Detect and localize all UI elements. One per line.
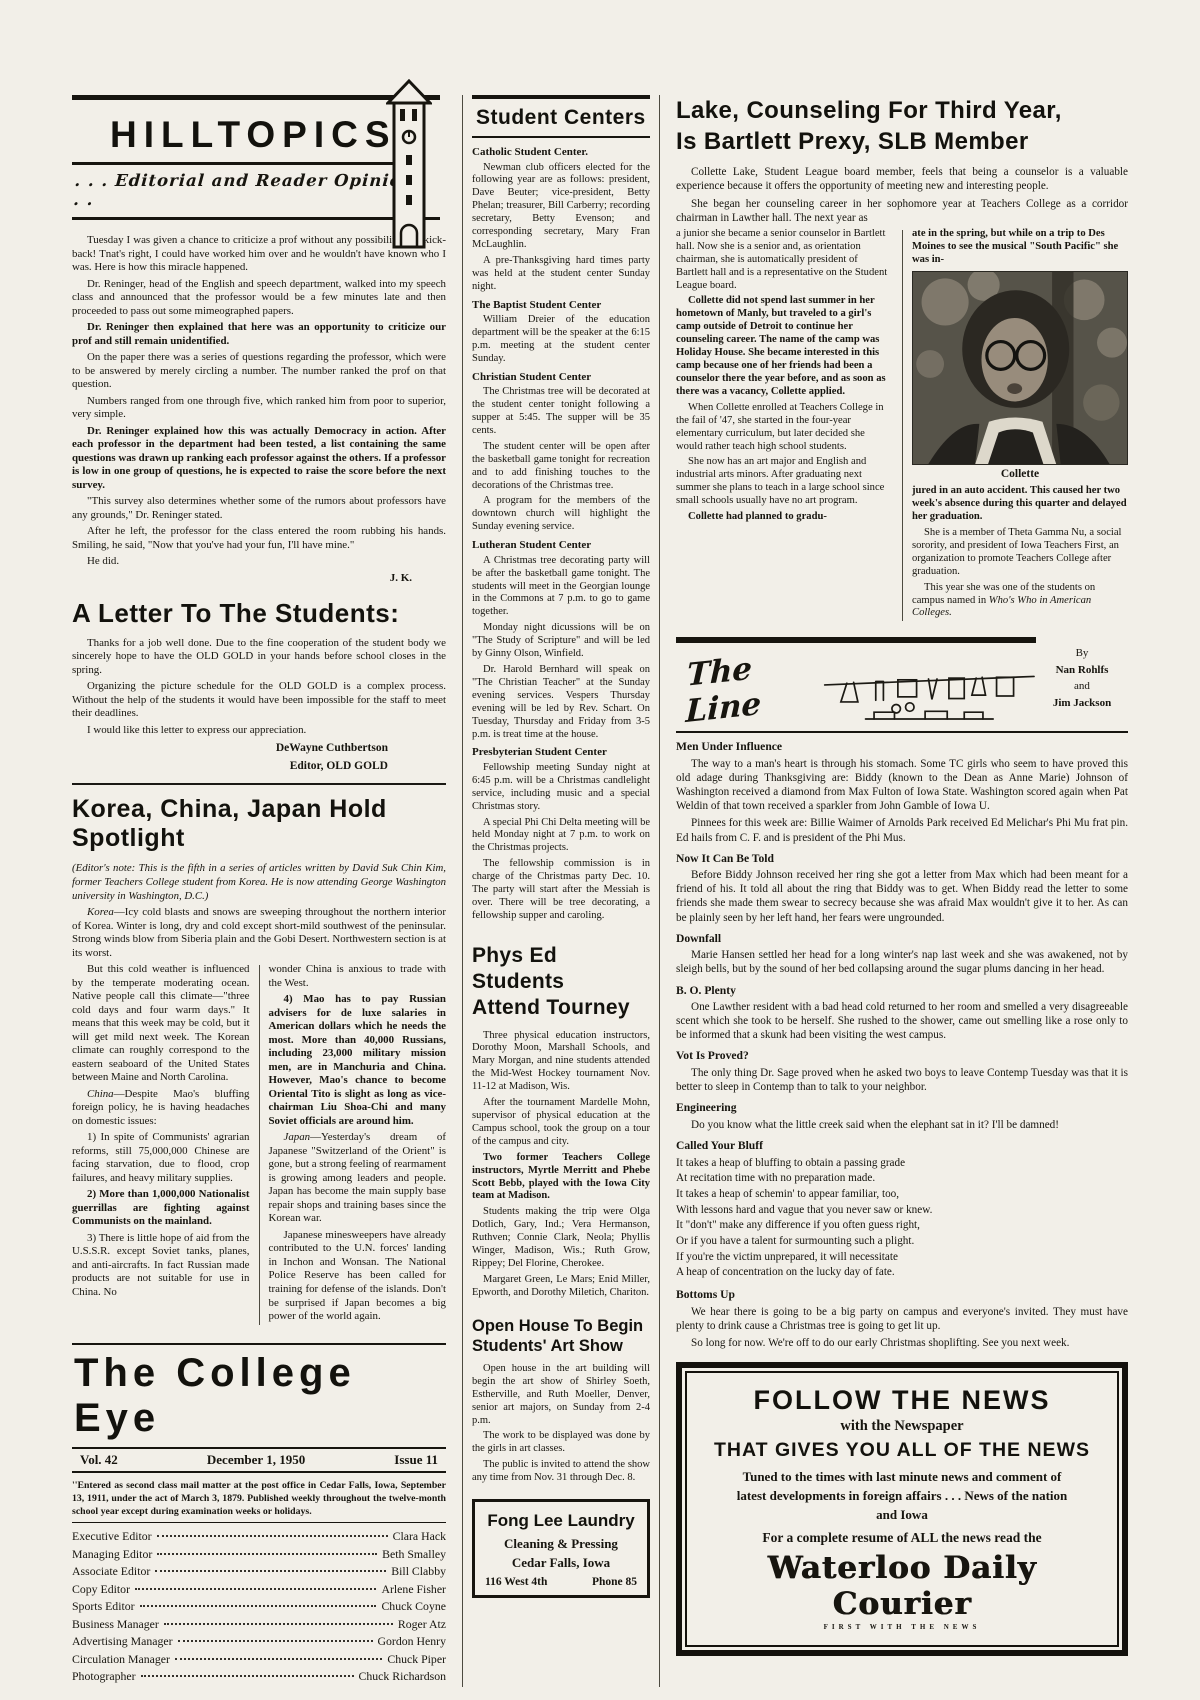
korea-headline: Korea, China, Japan Hold Spotlight (72, 795, 446, 853)
line-section-head: Bottoms Up (676, 1288, 1128, 1303)
volume-label: Vol. 42 (80, 1452, 118, 1468)
line-paragraph: The only thing Dr. Sage proved when he a… (676, 1066, 1128, 1094)
line-paragraph: We hear there is going to be a big party… (676, 1305, 1128, 1333)
line-section-head: Men Under Influence (676, 740, 1128, 755)
phys-ed-article: Three physical education instructors, Do… (472, 1030, 650, 1300)
letter-paragraph: Thanks for a job well done. Due to the f… (72, 637, 446, 678)
dotted-leader (135, 1588, 376, 1590)
section-head: Catholic Student Center. (472, 146, 650, 160)
rule (72, 1343, 446, 1345)
dotted-leader (157, 1535, 388, 1537)
staff-row: Managing EditorBeth Smalley (72, 1547, 446, 1562)
fong-lee-laundry-ad: Fong Lee Laundry Cleaning & Pressing Ced… (472, 1499, 650, 1598)
korea-paragraph: 2) More than 1,000,000 Nationalist guerr… (72, 1188, 250, 1229)
staff-name: Bill Clabby (391, 1564, 446, 1579)
korea-intro-text: —Icy cold blasts and snows are sweeping … (72, 906, 446, 959)
staff-role: Advertising Manager (72, 1634, 173, 1649)
staff-name: Arlene Fisher (381, 1582, 446, 1597)
korea-paragraph: But this cold weather is influenced by t… (72, 963, 250, 1085)
staff-name: Gordon Henry (378, 1634, 446, 1649)
the-line-title: The Line (685, 644, 816, 730)
korea-paragraph: 1) In spite of Communists' agrarian refo… (72, 1131, 250, 1185)
college-eye-masthead: The College Eye Vol. 42 December 1, 1950… (72, 1343, 446, 1685)
dotted-leader (140, 1605, 377, 1607)
ad-phone: Phone 85 (592, 1576, 637, 1588)
lake-headline-line2: Is Bartlett Prexy, SLB Member (676, 126, 1128, 157)
left-column: HILLTOPICS . . . Editorial and Reader Op… (72, 95, 446, 1687)
line-section-head: Engineering (676, 1101, 1128, 1116)
byline-author: Nan Rohlfs (1036, 662, 1128, 679)
student-centers-article: Catholic Student Center. Newman club off… (472, 146, 650, 923)
editorial-paragraph: After he left, the professor for the cla… (72, 525, 446, 552)
poem-line: It takes a heap of bluffing to obtain a … (676, 1156, 1128, 1172)
rule (72, 783, 446, 785)
lake-headline: Lake, Counseling For Third Year, Is Bart… (676, 95, 1128, 157)
open-house-paragraph: The work to be displayed was done by the… (472, 1430, 650, 1456)
editorial-paragraph: He did. (72, 555, 446, 569)
korea-intro: Korea—Icy cold blasts and snows are swee… (72, 906, 446, 960)
korea-paragraph: 4) Mao has to pay Russian advisers for d… (269, 993, 447, 1128)
dotted-leader (141, 1675, 354, 1677)
section-paragraph: Fellowship meeting Sunday night at 6:45 … (472, 762, 650, 814)
line-section-head: Called Your Bluff (676, 1139, 1128, 1154)
japan-lead-word: Japan (284, 1131, 311, 1143)
issue-date: December 1, 1950 (207, 1452, 305, 1468)
letter-article: Thanks for a job well done. Due to the f… (72, 637, 446, 738)
clothesline-cartoon-icon (823, 667, 1036, 725)
line-paragraph: So long for now. We're off to do our ear… (676, 1336, 1128, 1350)
line-section-head: Vot Is Proved? (676, 1049, 1128, 1064)
editorial-article: Tuesday I was given a chance to criticiz… (72, 234, 446, 569)
line-paragraph: Before Biddy Johnson received her ring s… (676, 868, 1128, 924)
lake-paragraph: Collette did not spend last summer in he… (676, 295, 892, 398)
section-paragraph: A program for the members of the downtow… (472, 495, 650, 534)
tagline-dots: . . . (74, 171, 109, 190)
section-head: Lutheran Student Center (472, 539, 650, 553)
rule (472, 136, 650, 138)
staff-row: PhotographerChuck Richardson (72, 1669, 446, 1684)
poem-line: It takes a heap of schemin' to appear fa… (676, 1187, 1128, 1203)
lake-subcolumn-1: a junior she became a senior counselor i… (676, 228, 892, 624)
korea-paragraph: wonder China is anxious to trade with th… (269, 963, 447, 990)
line-section-head: Downfall (676, 932, 1128, 947)
letter-paragraph: Organizing the picture schedule for the … (72, 680, 446, 721)
editorial-signature: J. K. (72, 572, 446, 584)
ad-subline: with the Newspaper (703, 1418, 1101, 1435)
lake-subcolumns: a junior she became a senior counselor i… (676, 228, 1128, 624)
line-section-head: Now It Can Be Told (676, 852, 1128, 867)
dotted-leader (164, 1623, 393, 1625)
staff-row: Copy EditorArlene Fisher (72, 1582, 446, 1597)
ad-body: Tuned to the times with last minute news… (727, 1468, 1077, 1525)
section-paragraph: The Christmas tree will be decorated at … (472, 386, 650, 438)
open-house-headline-line1: Open House To Begin (472, 1316, 650, 1337)
staff-row: Circulation ManagerChuck Piper (72, 1652, 446, 1667)
staff-role: Sports Editor (72, 1599, 135, 1614)
volume-row: Vol. 42 December 1, 1950 Issue 11 (72, 1447, 446, 1473)
rule (472, 95, 650, 99)
staff-row: Sports EditorChuck Coyne (72, 1599, 446, 1614)
korea-subcolumns: But this cold weather is influenced by t… (72, 963, 446, 1326)
staff-name: Clara Hack (393, 1529, 446, 1544)
lake-lead: Collette Lake, Student League board memb… (676, 165, 1128, 224)
dotted-leader (157, 1553, 377, 1555)
staff-role: Managing Editor (72, 1547, 152, 1562)
phys-ed-headline-line2: Attend Tourney (472, 995, 650, 1021)
ad-body-2: For a complete resume of ALL the news re… (703, 1530, 1101, 1546)
ad-contact-row: 116 West 4th Phone 85 (483, 1576, 639, 1588)
open-house-headline-line2: Students' Art Show (472, 1336, 650, 1357)
newspaper-page: HILLTOPICS . . . Editorial and Reader Op… (0, 0, 1200, 1700)
staff-row: Advertising ManagerGordon Henry (72, 1634, 446, 1649)
the-line-banner: The Line (676, 637, 1128, 733)
staff-row: Business ManagerRoger Atz (72, 1617, 446, 1632)
poem-line: At recitation time with no preparation m… (676, 1171, 1128, 1187)
staff-row: Executive EditorClara Hack (72, 1529, 446, 1544)
rule (72, 162, 396, 165)
korea-lead-word: Korea (87, 906, 114, 918)
staff-name: Roger Atz (398, 1617, 446, 1632)
section-head: Christian Student Center (472, 371, 650, 385)
student-centers-headline: Student Centers (472, 104, 650, 136)
line-paragraph: Marie Hansen settled her head for a long… (676, 948, 1128, 976)
editorial-paragraph: On the paper there was a series of quest… (72, 351, 446, 392)
rule (72, 217, 440, 220)
lake-paragraph: Collette had planned to gradu- (676, 511, 892, 524)
section-paragraph: A special Phi Chi Delta meeting will be … (472, 817, 650, 856)
editorial-paragraph: "This survey also determines whether som… (72, 495, 446, 522)
line-paragraph: One Lawther resident with a bad head col… (676, 1000, 1128, 1042)
line-paragraph: Pinnees for this week are: Billie Waimer… (676, 816, 1128, 844)
collette-photo (912, 271, 1128, 466)
letter-paragraph: I would like this letter to express our … (72, 724, 446, 738)
lake-paragraph: When Collette enrolled at Teachers Colle… (676, 402, 892, 454)
editorial-paragraph: Dr. Reninger then explained that here wa… (72, 321, 446, 348)
lake-paragraph: a junior she became a senior counselor i… (676, 228, 892, 293)
lake-paragraph: jured in an auto accident. This caused h… (912, 485, 1128, 524)
photo-caption: Collette (912, 467, 1128, 481)
poem-line: It "don't" make any difference if you of… (676, 1218, 1128, 1234)
campanile-tower-icon (386, 79, 432, 251)
staff-role: Executive Editor (72, 1529, 152, 1544)
korea-subcolumn-2: wonder China is anxious to trade with th… (269, 963, 447, 1326)
poem-line: Or if you have a talent for surmounting … (676, 1234, 1128, 1250)
poem-line: With lessons hard and vague that you nev… (676, 1203, 1128, 1219)
lake-paragraph: Collette Lake, Student League board memb… (676, 165, 1128, 193)
korea-paragraph: Japan—Yesterday's dream of Japanese "Swi… (269, 1131, 447, 1226)
byline-author: Jim Jackson (1036, 695, 1128, 712)
section-paragraph: The fellowship commission is in charge o… (472, 858, 650, 923)
hilltopics-masthead: HILLTOPICS . . . Editorial and Reader Op… (72, 95, 446, 220)
the-line-cartoon: The Line (676, 637, 1036, 725)
letter-signature: DeWayne Cuthbertson Editor, OLD GOLD (72, 740, 446, 775)
lake-paragraph: She is a member of Theta Gamma Nu, a soc… (912, 527, 1128, 579)
open-house-article: Open house in the art building will begi… (472, 1363, 650, 1485)
the-line-byline: By Nan Rohlfs and Jim Jackson (1036, 637, 1128, 725)
staff-name: Chuck Piper (387, 1652, 446, 1667)
logo-tagline: FIRST WITH THE NEWS (703, 1623, 1101, 1631)
korea-paragraph: 3) There is little hope of aid from the … (72, 1232, 250, 1300)
open-house-headline: Open House To Begin Students' Art Show (472, 1316, 650, 1357)
staff-role: Photographer (72, 1669, 136, 1684)
line-paragraph: The way to a man's heart is through his … (676, 757, 1128, 813)
phys-ed-headline-line1: Phys Ed Students (472, 943, 650, 996)
section-paragraph: A pre-Thanksgiving hard times party was … (472, 255, 650, 294)
section-paragraph: A Christmas tree decorating party will b… (472, 555, 650, 620)
section-paragraph: William Dreier of the education departme… (472, 314, 650, 366)
section-paragraph: Newman club officers elected for the fol… (472, 162, 650, 252)
staff-list: Executive EditorClara Hack Managing Edit… (72, 1522, 446, 1684)
editorial-paragraph: Dr. Reninger, head of the English and sp… (72, 278, 446, 319)
open-house-paragraph: Open house in the art building will begi… (472, 1363, 650, 1428)
entered-notice: ''Entered as second class mail matter at… (72, 1479, 446, 1519)
the-line-article: Men Under Influence The way to a man's h… (676, 740, 1128, 1349)
staff-role: Circulation Manager (72, 1652, 170, 1667)
ad-headline: FOLLOW THE NEWS (703, 1385, 1101, 1416)
tagline-text: Editorial and Reader Opinion (114, 171, 415, 190)
college-eye-title: The College Eye (72, 1347, 446, 1447)
china-lead-word: China (87, 1088, 114, 1100)
section-head: Presbyterian Student Center (472, 746, 650, 760)
lake-paragraph: ate in the spring, but while on a trip t… (912, 228, 1128, 267)
section-paragraph: The student center will be open after th… (472, 441, 650, 493)
lake-paragraph: This year she was one of the students on… (912, 582, 1128, 621)
ad-line: Cedar Falls, Iowa (483, 1554, 639, 1573)
dotted-leader (175, 1658, 382, 1660)
staff-name: Chuck Richardson (359, 1669, 446, 1684)
byline-by: By (1036, 645, 1128, 662)
issue-number: Issue 11 (394, 1452, 438, 1468)
korea-subcolumn-1: But this cold weather is influenced by t… (72, 963, 250, 1326)
line-section-head: B. O. Plenty (676, 984, 1128, 999)
poem-line: If you're the victim unprepared, it will… (676, 1250, 1128, 1266)
phys-ed-paragraph: Two former Teachers College instructors,… (472, 1152, 650, 1204)
section-paragraph: Dr. Harold Bernhard will speak on "The C… (472, 664, 650, 741)
editorial-paragraph: Dr. Reninger explained how this was actu… (72, 425, 446, 493)
middle-column: Student Centers Catholic Student Center.… (462, 95, 660, 1687)
follow-the-news-ad: FOLLOW THE NEWS with the Newspaper THAT … (676, 1362, 1128, 1657)
letter-headline: A Letter To The Students: (72, 598, 446, 629)
lake-subcolumn-2: ate in the spring, but while on a trip t… (912, 228, 1128, 624)
korea-paragraph: Japanese minesweepers have already contr… (269, 1229, 447, 1324)
lake-paragraph: She began her counseling career in her s… (676, 197, 1128, 225)
letter-signature-title: Editor, OLD GOLD (72, 758, 388, 775)
dotted-leader (155, 1570, 386, 1572)
phys-ed-paragraph: After the tournament Mardelle Mohn, supe… (472, 1097, 650, 1149)
phys-ed-paragraph: Margaret Green, Le Mars; Enid Miller, Ep… (472, 1274, 650, 1300)
phys-ed-paragraph: Three physical education instructors, Do… (472, 1030, 650, 1095)
hilltopics-title: HILLTOPICS (72, 104, 440, 158)
ad-line: Cleaning & Pressing (483, 1535, 639, 1554)
rule (72, 95, 440, 100)
korea-paragraph: China—Despite Mao's bluffing foreign pol… (72, 1088, 250, 1129)
ad-headline-2: THAT GIVES YOU ALL OF THE NEWS (703, 1439, 1101, 1462)
bluff-poem: It takes a heap of bluffing to obtain a … (676, 1156, 1128, 1281)
student-centers-header: Student Centers (472, 95, 650, 138)
ad-title: Fong Lee Laundry (483, 1511, 639, 1531)
line-paragraph: Do you know what the little creek said w… (676, 1118, 1128, 1132)
ad-address: 116 West 4th (485, 1576, 547, 1588)
editorial-paragraph: Numbers ranged from one through five, wh… (72, 395, 446, 422)
poem-line: A heap of concentration on the lucky day… (676, 1265, 1128, 1281)
lake-headline-line1: Lake, Counseling For Third Year, (676, 95, 1128, 126)
phys-ed-headline: Phys Ed Students Attend Tourney (472, 943, 650, 1022)
letter-signature-name: DeWayne Cuthbertson (72, 740, 388, 757)
staff-row: Associate EditorBill Clabby (72, 1564, 446, 1579)
section-head: The Baptist Student Center (472, 299, 650, 313)
lake-paragraph: She now has an art major and English and… (676, 456, 892, 508)
phys-ed-paragraph: Students making the trip were Olga Dotli… (472, 1206, 650, 1271)
staff-name: Chuck Coyne (381, 1599, 446, 1614)
byline-and: and (1036, 678, 1128, 695)
open-house-paragraph: The public is invited to attend the show… (472, 1459, 650, 1485)
japan-text: —Yesterday's dream of Japanese "Switzerl… (269, 1131, 447, 1224)
korea-intro-paragraph: Korea—Icy cold blasts and snows are swee… (72, 906, 446, 960)
section-paragraph: Monday night dicussions will be on "The … (472, 622, 650, 661)
staff-name: Beth Smalley (382, 1547, 446, 1562)
right-column: Lake, Counseling For Third Year, Is Bart… (676, 95, 1128, 1687)
korea-editors-note: (Editor's note: This is the fifth in a s… (72, 861, 446, 903)
follow-the-news-frame: FOLLOW THE NEWS with the Newspaper THAT … (685, 1371, 1119, 1648)
staff-role: Associate Editor (72, 1564, 150, 1579)
staff-role: Business Manager (72, 1617, 159, 1632)
staff-role: Copy Editor (72, 1582, 130, 1597)
dotted-leader (178, 1640, 373, 1642)
waterloo-daily-courier-logo: Waterloo Daily Courier (703, 1550, 1101, 1622)
